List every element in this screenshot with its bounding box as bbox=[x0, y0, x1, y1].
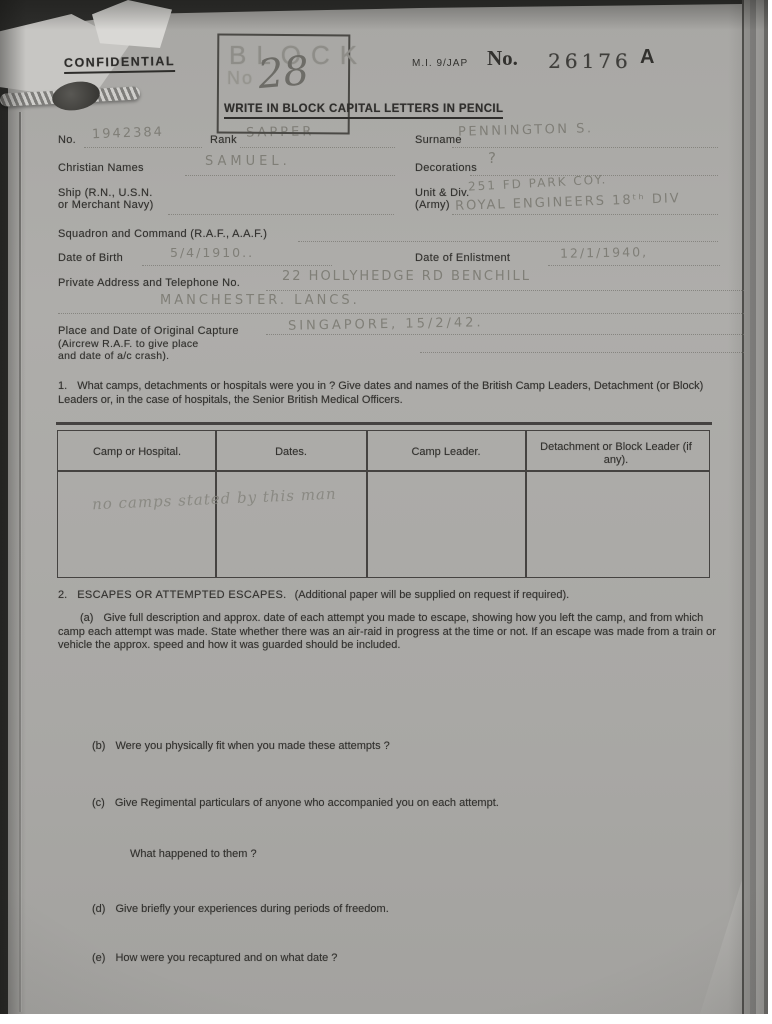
field-label-christian-names: Christian Names bbox=[58, 162, 144, 174]
field-label-dob: Date of Birth bbox=[58, 252, 123, 264]
field-value-christian-names: SAMUEL. bbox=[205, 154, 291, 169]
field-line bbox=[298, 241, 718, 242]
field-label-enlistment: Date of Enlistment bbox=[415, 252, 510, 264]
field-value-enlistment: 12/1/1940, bbox=[560, 244, 648, 261]
question-2d-label: (d) bbox=[92, 903, 105, 915]
question-1-number: 1. bbox=[58, 380, 67, 392]
field-value-address-line2: MANCHESTER. LANCS. bbox=[160, 293, 360, 308]
field-line bbox=[168, 214, 394, 215]
field-line bbox=[452, 214, 718, 215]
photo-background: CONFIDENTIAL BLOCK No 28 M.I. 9/JAP No. … bbox=[0, 0, 768, 1014]
question-2b-label: (b) bbox=[92, 740, 105, 752]
field-label-ship-line1: Ship (R.N., U.S.N. bbox=[58, 187, 153, 199]
table-header-camp-leader: Camp Leader. bbox=[378, 446, 514, 459]
table-column-divider bbox=[366, 430, 368, 578]
field-line bbox=[185, 175, 395, 176]
table-header-divider bbox=[57, 470, 710, 472]
question-2e-label: (e) bbox=[92, 952, 105, 964]
form-reference: M.I. 9/JAP bbox=[412, 58, 468, 69]
field-label-no: No. bbox=[58, 134, 76, 146]
field-line bbox=[548, 265, 720, 266]
field-label-unit-div-army: (Army) bbox=[415, 199, 450, 211]
field-value-no: 1942384 bbox=[92, 125, 164, 143]
question-2c: (c)Give Regimental particulars of anyone… bbox=[92, 797, 712, 811]
scanned-form-photo: CONFIDENTIAL BLOCK No 28 M.I. 9/JAP No. … bbox=[0, 0, 772, 1024]
field-value-decorations: ? bbox=[488, 149, 496, 167]
field-label-squadron: Squadron and Command (R.A.F., A.A.F.) bbox=[58, 228, 267, 240]
question-2-number: 2. bbox=[58, 589, 67, 601]
question-2a-text: Give full description and approx. date o… bbox=[58, 612, 716, 651]
field-label-capture-line2: (Aircrew R.A.F. to give place bbox=[58, 338, 199, 350]
question-2a-label: (a) bbox=[80, 612, 93, 624]
question-2e: (e)How were you recaptured and on what d… bbox=[92, 952, 712, 966]
question-2d-text: Give briefly your experiences during per… bbox=[115, 903, 388, 915]
question-2c-text: Give Regimental particulars of anyone wh… bbox=[115, 797, 499, 809]
field-label-rank: Rank bbox=[210, 134, 237, 146]
table-header-camp: Camp or Hospital. bbox=[70, 446, 204, 459]
torn-paper-piece bbox=[92, 0, 172, 48]
question-2b: (b)Were you physically fit when you made… bbox=[92, 740, 712, 754]
question-2-note: (Additional paper will be supplied on re… bbox=[295, 589, 570, 601]
question-2c-label: (c) bbox=[92, 797, 105, 809]
table-header-dates: Dates. bbox=[228, 446, 354, 459]
table-top-rule bbox=[56, 422, 712, 425]
serial-no-label: No. bbox=[487, 46, 518, 71]
field-value-address-line1: 22 HOLLYHEDGE RD BENCHILL bbox=[282, 269, 531, 284]
question-2-heading: 2.ESCAPES OR ATTEMPTED ESCAPES.(Addition… bbox=[58, 589, 718, 603]
serial-number: 26176 bbox=[548, 49, 632, 73]
field-line bbox=[240, 147, 395, 148]
question-2-title: ESCAPES OR ATTEMPTED ESCAPES. bbox=[77, 589, 286, 601]
table-column-divider bbox=[525, 430, 527, 578]
field-line bbox=[266, 334, 744, 335]
question-1-text: What camps, detachments or hospitals wer… bbox=[58, 380, 703, 406]
question-2d: (d)Give briefly your experiences during … bbox=[92, 903, 712, 917]
table-header-detachment-leader: Detachment or Block Leader (if any). bbox=[535, 441, 697, 466]
question-2b-text: Were you physically fit when you made th… bbox=[115, 740, 389, 752]
page-stack-edge bbox=[742, 0, 768, 1014]
field-line bbox=[142, 265, 332, 266]
field-label-capture-line3: and date of a/c crash). bbox=[58, 350, 169, 362]
question-2a: (a)Give full description and approx. dat… bbox=[58, 612, 718, 653]
block-stamp-no-label: No bbox=[227, 68, 254, 89]
field-label-capture-line1: Place and Date of Original Capture bbox=[58, 325, 239, 337]
field-label-surname: Surname bbox=[415, 134, 462, 146]
block-stamp-number: 28 bbox=[256, 48, 311, 98]
classification-label: CONFIDENTIAL bbox=[64, 54, 175, 74]
field-label-unit-div: Unit & Div. bbox=[415, 187, 469, 199]
field-line bbox=[58, 313, 744, 314]
field-line bbox=[84, 147, 202, 148]
series-letter: A bbox=[640, 46, 654, 69]
instruction-heading: WRITE IN BLOCK CAPITAL LETTERS IN PENCIL bbox=[224, 103, 503, 119]
field-label-decorations: Decorations bbox=[415, 162, 477, 174]
field-line bbox=[266, 290, 744, 291]
field-line bbox=[452, 147, 718, 148]
field-label-address: Private Address and Telephone No. bbox=[58, 277, 240, 289]
field-line bbox=[420, 352, 744, 353]
field-value-dob: 5/4/1910.. bbox=[170, 245, 254, 260]
question-2c-followup: What happened to them ? bbox=[130, 848, 257, 862]
question-2e-text: How were you recaptured and on what date… bbox=[115, 952, 337, 964]
question-1: 1.What camps, detachments or hospitals w… bbox=[58, 380, 714, 407]
paper-crease-highlight bbox=[21, 112, 22, 1012]
field-label-ship-line2: or Merchant Navy) bbox=[58, 199, 154, 211]
